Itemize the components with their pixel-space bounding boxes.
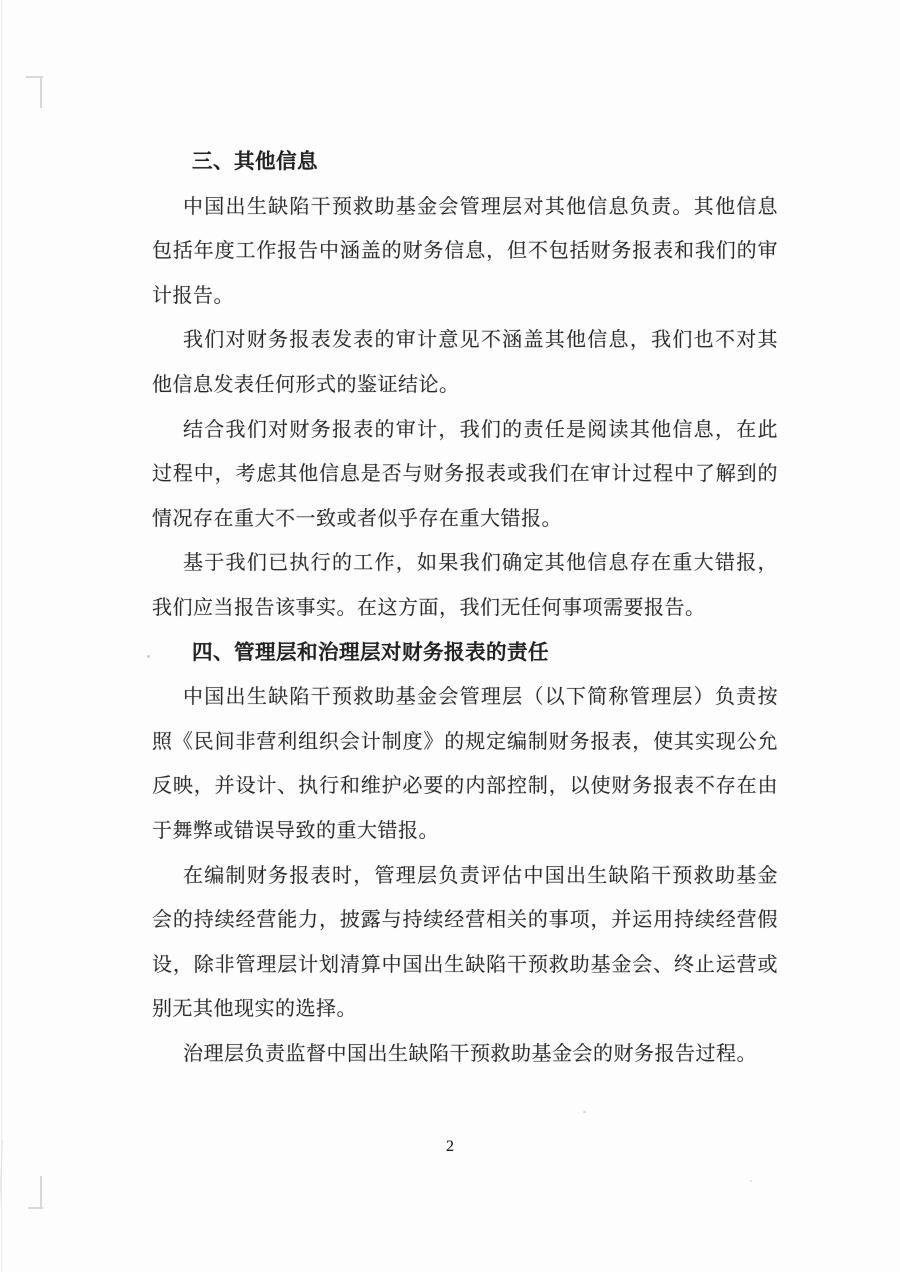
- text-line: 治理层负责监督中国出生缺陷干预救助基金会的财务报告过程。: [152, 1032, 778, 1077]
- scan-corner-mark-bottom-left-vertical: [40, 1176, 42, 1209]
- scan-speck: [583, 1111, 586, 1113]
- text-line: 设，除非管理层计划清算中国出生缺陷干预救助基金会、终止运营或: [152, 943, 778, 988]
- text-line: 反映，并设计、执行和维护必要的内部控制，以使财务报表不存在由: [152, 764, 778, 809]
- text-line: 基于我们已执行的工作，如果我们确定其他信息存在重大错报，: [152, 541, 778, 586]
- text-line: 情况存在重大不一致或者似乎存在重大错报。: [152, 497, 778, 542]
- text-line: 照《民间非营利组织会计制度》的规定编制财务报表，使其实现公允: [152, 720, 778, 765]
- section-heading-responsibilities: 四、管理层和治理层对财务报表的责任: [152, 631, 778, 676]
- text-line: 计报告。: [152, 274, 778, 319]
- scanned-document-page: 三、其他信息 中国出生缺陷干预救助基金会管理层对其他信息负责。其他信息 包括年度…: [0, 0, 900, 1272]
- text-line: 我们对财务报表发表的审计意见不涵盖其他信息，我们也不对其: [152, 318, 778, 363]
- page-number: 2: [0, 1138, 900, 1156]
- text-line: 他信息发表任何形式的鉴证结论。: [152, 363, 778, 408]
- text-line: 中国出生缺陷干预救助基金会管理层对其他信息负责。其他信息: [152, 185, 778, 230]
- section-heading-other-information: 三、其他信息: [152, 140, 778, 185]
- text-line: 过程中，考虑其他信息是否与财务报表或我们在审计过程中了解到的: [152, 452, 778, 497]
- scan-corner-mark-top-left-vertical: [40, 76, 42, 108]
- text-line: 在编制财务报表时，管理层负责评估中国出生缺陷干预救助基金: [152, 854, 778, 899]
- text-line: 结合我们对财务报表的审计，我们的责任是阅读其他信息，在此: [152, 408, 778, 453]
- text-line: 于舞弊或错误导致的重大错报。: [152, 809, 778, 854]
- scan-edge-line: [1, 0, 2, 1272]
- text-line: 我们应当报告该事实。在这方面，我们无任何事项需要报告。: [152, 586, 778, 631]
- scan-speck: [750, 1180, 752, 1182]
- text-line: 包括年度工作报告中涵盖的财务信息，但不包括财务报表和我们的审: [152, 229, 778, 274]
- scan-corner-mark-bottom-left-horizontal: [28, 1207, 43, 1209]
- text-line: 别无其他现实的选择。: [152, 987, 778, 1032]
- text-line: 中国出生缺陷干预救助基金会管理层（以下简称管理层）负责按: [152, 675, 778, 720]
- text-line: 会的持续经营能力，披露与持续经营相关的事项，并运用持续经营假: [152, 898, 778, 943]
- text-column: 三、其他信息 中国出生缺陷干预救助基金会管理层对其他信息负责。其他信息 包括年度…: [152, 140, 778, 1076]
- scan-speck: [147, 655, 150, 658]
